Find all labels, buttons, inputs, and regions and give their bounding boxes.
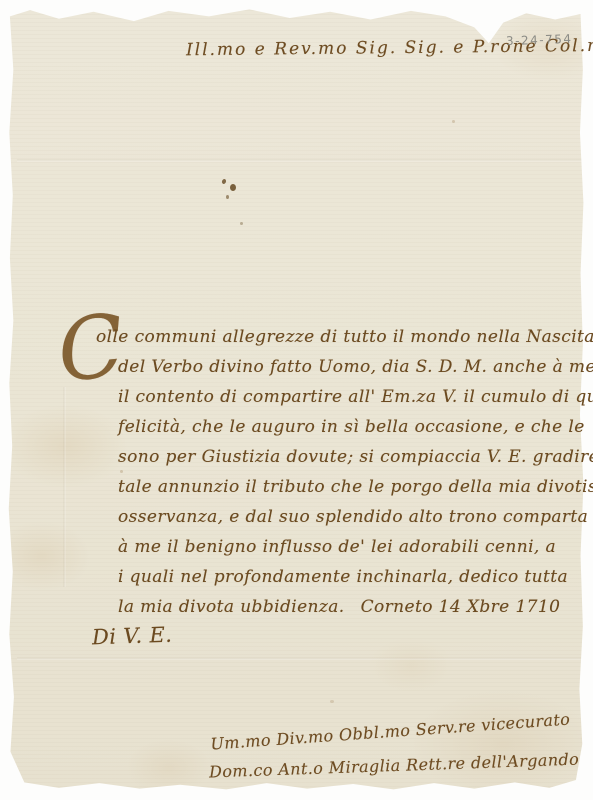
- horizontal-fold-line: [17, 657, 592, 660]
- ink-blot: [230, 184, 236, 191]
- letter-body: olle communi allegrezze di tutto il mond…: [96, 322, 593, 622]
- paper-speck: [452, 120, 455, 123]
- body-line: la mia divota ubbidienza.: [118, 592, 345, 622]
- ink-blot: [240, 222, 243, 225]
- body-line: il contento di compartire all' Em.za V. …: [118, 382, 593, 412]
- body-line: tale annunzio il tributo che le porgo de…: [118, 472, 593, 502]
- body-line: à me il benigno influsso de' lei adorabi…: [118, 532, 593, 562]
- body-line: felicità, che le auguro in sì bella occa…: [118, 412, 593, 442]
- catalog-number: 3-24-754: [506, 32, 573, 48]
- ink-blot: [226, 195, 229, 199]
- place-date: Corneto 14 Xbre 1710: [361, 592, 561, 622]
- body-line: sono per Giustizia dovute; si compiaccia…: [118, 442, 593, 472]
- body-line: i quali nel profondamente inchinarla, de…: [118, 562, 593, 592]
- paper-speck: [330, 700, 334, 703]
- closing-formula: Di V. E.: [92, 623, 173, 650]
- body-line: del Verbo divino fatto Uomo, dia S. D. M…: [118, 352, 593, 382]
- body-last-line: la mia divota ubbidienza. Corneto 14 Xbr…: [118, 592, 593, 622]
- vertical-crease: [63, 387, 66, 587]
- body-line: osservanza, e dal suo splendido alto tro…: [118, 502, 593, 532]
- body-line: olle communi allegrezze di tutto il mond…: [96, 322, 593, 352]
- horizontal-fold-line: [17, 159, 592, 162]
